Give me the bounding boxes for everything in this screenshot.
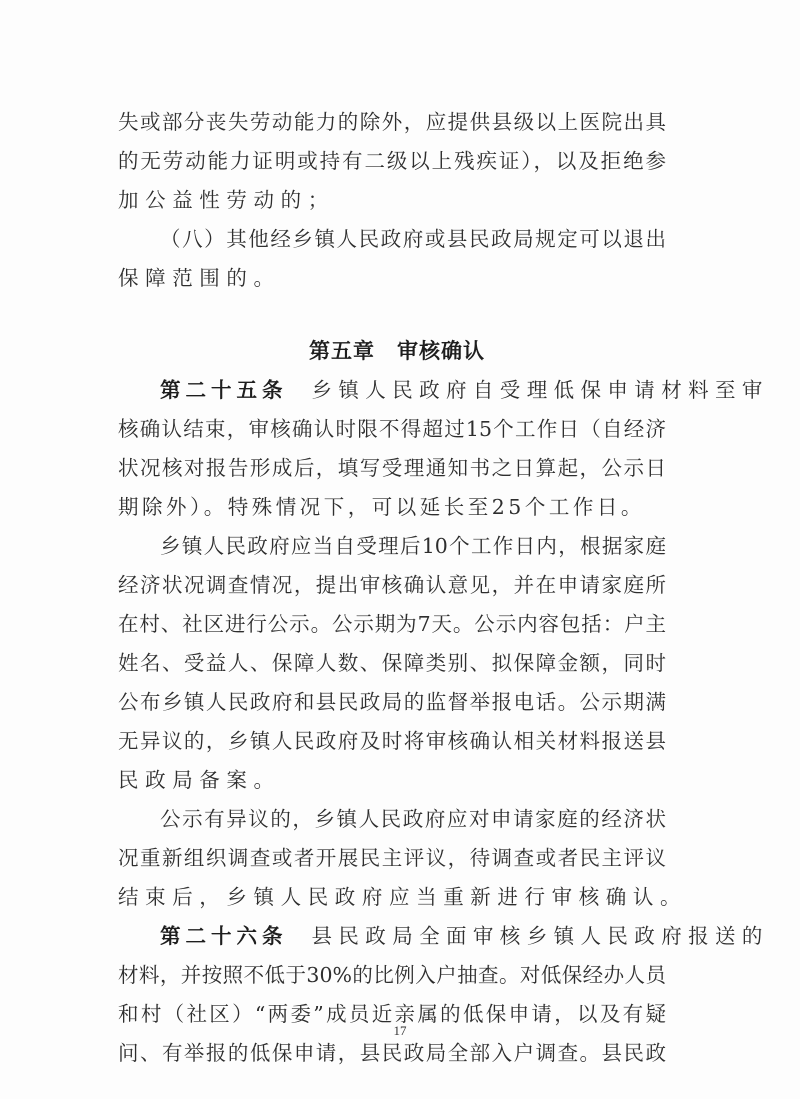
text-line: 民政局备案。 xyxy=(118,761,666,800)
text-span: 县民政局全面审核乡镇人民政府报送的 xyxy=(312,924,769,948)
text-line: 加公益性劳动的； xyxy=(118,181,666,220)
text-line: 在村、社区进行公示。公示期为7天。公示内容包括：户主 xyxy=(118,605,666,644)
document-body: 失或部分丧失劳动能力的除外，应提供县级以上医院出具 的无劳动能力证明或持有二级以… xyxy=(118,103,666,1073)
text-line: 况重新组织调查或者开展民主评议，待调查或者民主评议 xyxy=(118,839,666,878)
text-line: 失或部分丧失劳动能力的除外，应提供县级以上医院出具 xyxy=(118,103,666,142)
text-line: 状况核对报告形成后，填写受理通知书之日算起，公示日 xyxy=(118,449,666,488)
text-line: 无异议的，乡镇人民政府及时将审核确认相关材料报送县 xyxy=(118,722,666,761)
text-span: 乡镇人民政府自受理低保申请材料至审 xyxy=(312,378,769,402)
article-label: 第二十六条 xyxy=(160,924,288,948)
text-line: 经济状况调查情况，提出审核确认意见，并在申请家庭所 xyxy=(118,566,666,605)
document-page: 失或部分丧失劳动能力的除外，应提供县级以上医院出具 的无劳动能力证明或持有二级以… xyxy=(0,0,800,1099)
text-line: 结束后，乡镇人民政府应当重新进行审核确认。 xyxy=(118,878,666,917)
text-line: 的无劳动能力证明或持有二级以上残疾证），以及拒绝参 xyxy=(118,142,666,181)
article-26-first-line: 第二十六条县民政局全面审核乡镇人民政府报送的 xyxy=(118,917,666,956)
article-25-first-line: 第二十五条乡镇人民政府自受理低保申请材料至审 xyxy=(118,371,666,410)
text-line-item-8: （八）其他经乡镇人民政府或县民政局规定可以退出 xyxy=(118,220,666,259)
article-label: 第二十五条 xyxy=(160,378,288,402)
text-line: 问、有举报的低保申请，县民政局全部入户调查。县民政 xyxy=(118,1034,666,1073)
text-line: 公布乡镇人民政府和县民政局的监督举报电话。公示期满 xyxy=(118,683,666,722)
text-line: 姓名、受益人、保障人数、保障类别、拟保障金额，同时 xyxy=(118,644,666,683)
chapter-title: 审核确认 xyxy=(397,339,485,363)
chapter-heading: 第五章审核确认 xyxy=(118,332,666,371)
text-line: 公示有异议的，乡镇人民政府应对申请家庭的经济状 xyxy=(118,800,666,839)
chapter-number: 第五章 xyxy=(309,339,375,363)
text-line: 核确认结束，审核确认时限不得超过15个工作日（自经济 xyxy=(118,410,666,449)
page-number: 17 xyxy=(0,1023,800,1039)
text-line: 乡镇人民政府应当自受理后10个工作日内，根据家庭 xyxy=(118,527,666,566)
text-line: 期除外）。特殊情况下，可以延长至25个工作日。 xyxy=(118,488,666,527)
text-line: 材料，并按照不低于30%的比例入户抽查。对低保经办人员 xyxy=(118,956,666,995)
text-line: 保障范围的。 xyxy=(118,259,666,298)
